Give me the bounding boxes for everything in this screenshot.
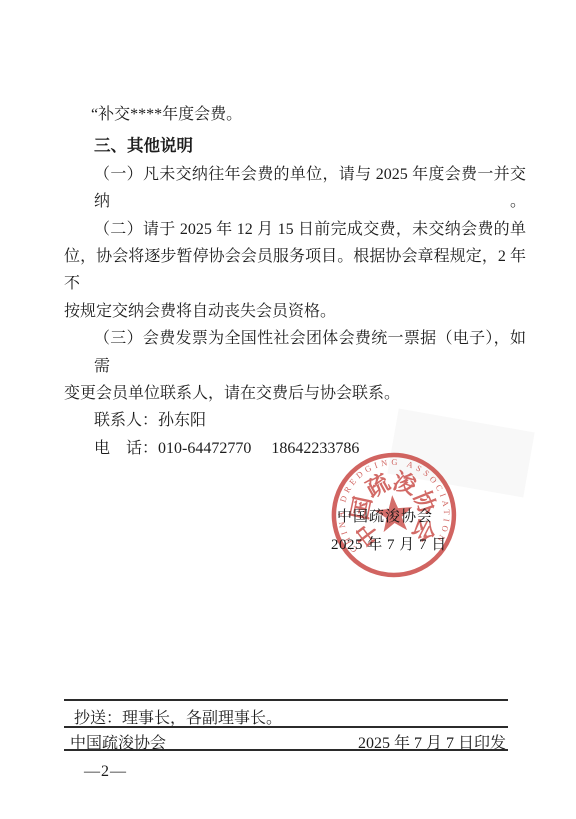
footer-rule-top [64, 699, 508, 701]
footer-cc-line: 抄送：理事长，各副理事长。 [74, 705, 282, 728]
document-body: “补交****年度会费。三、其他说明（一）凡未交纳往年会费的单位，请与 2025… [64, 101, 526, 462]
footer-rule-bottom [64, 749, 508, 751]
document-line: （三）会费发票为全国性社会团体会费统一票据（电子），如需 [64, 325, 526, 380]
document-line: 按规定交纳会费将自动丧失会员资格。 [64, 298, 526, 325]
document-line: （一）凡未交纳往年会费的单位，请与 2025 年度会费一并交纳。 [64, 161, 526, 216]
document-line: （二）请于 2025 年 12 月 15 日前完成交费，未交纳会费的单 [64, 216, 526, 243]
document-line: 变更会员单位联系人，请在交费后与协会联系。 [64, 380, 526, 407]
document-line: 位，协会将逐步暂停协会会员服务项目。根据协会章程规定，2 年不 [64, 243, 526, 298]
footer-rule-middle [64, 726, 508, 728]
document-page: “补交****年度会费。三、其他说明（一）凡未交纳往年会费的单位，请与 2025… [0, 0, 576, 819]
page-number: —2— [84, 763, 127, 781]
document-line: “补交****年度会费。 [64, 101, 526, 128]
signature-org: 中国疏浚协会 [337, 505, 433, 526]
signature-date: 2025 年 7 月 7 日 [331, 533, 447, 554]
document-line: 三、其他说明 [64, 133, 526, 160]
